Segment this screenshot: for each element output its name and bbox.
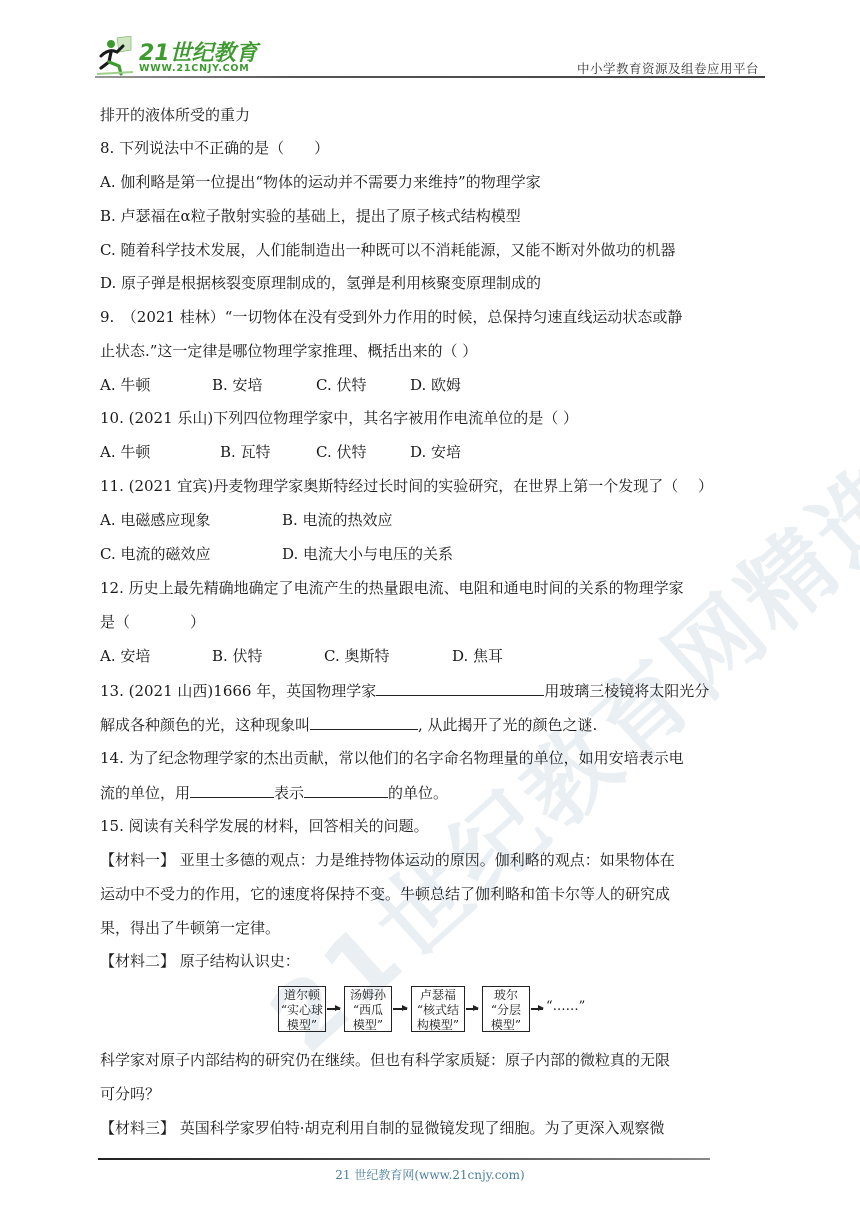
box-label: 玻尔 (483, 988, 529, 1003)
box-label: 卢瑟福 (412, 988, 464, 1003)
option-a: A. 电磁感应现象 (100, 510, 210, 530)
question-14-line-2: 流的单位，用表示的单位。 (100, 782, 448, 803)
option-b: B. 安培 (212, 375, 263, 395)
option-a: A. 牛顿 (100, 442, 150, 462)
box-label: 汤姆孙 (345, 988, 391, 1003)
box-label: 模型” (483, 1018, 529, 1033)
footer-divider (98, 1158, 710, 1160)
question-12-line-2: 是（ ） (100, 612, 205, 632)
runner-logo-icon (97, 36, 135, 76)
question-10: 10. (2021 乐山)下列四位物理学家中，其名字被用作电流单位的是（ ） (100, 408, 578, 428)
arrow-right-icon (466, 1008, 478, 1010)
material-1-line-1: 【材料一】 亚里士多德的观点：力是维持物体运动的原因。伽利略的观点：如果物体在 (100, 850, 675, 870)
box-label: “分层 (483, 1003, 529, 1018)
model-box-bohr: 玻尔 “分层 模型” (482, 986, 530, 1032)
question-13-text-b: 用玻璃三棱镜将太阳光分 (544, 682, 709, 700)
material-2-text-line-2: 可分吗？ (100, 1084, 160, 1104)
question-14-text-a: 流的单位，用 (100, 784, 190, 802)
flow-continuation: “……” (546, 999, 585, 1014)
answer-blank-name[interactable] (190, 782, 274, 798)
question-9-line-1: 9. （2021 桂林）“一切物体在没有受到外力作用的时候，总保持匀速直线运动状… (100, 307, 682, 327)
page-header: 21世纪教育 WWW.21CNJY.COM 中小学教育资源及组卷应用平台 (95, 28, 765, 80)
box-label: “核式结 (412, 1003, 464, 1018)
box-label: “西瓜 (345, 1003, 391, 1018)
option-a: A. 安培 (100, 646, 150, 666)
box-label: 模型” (279, 1018, 325, 1033)
material-3-line-1: 【材料三】 英国科学家罗伯特·胡克利用自制的显微镜发现了细胞。为了更深入观察微 (100, 1118, 665, 1138)
question-8-option-c: C. 随着科学技术发展，人们能制造出一种既可以不消耗能源，又能不断对外做功的机器 (100, 240, 675, 260)
box-label: 模型” (345, 1018, 391, 1033)
logo-url: WWW.21CNJY.COM (139, 63, 250, 74)
header-divider (95, 76, 765, 78)
answer-blank-phenomenon[interactable] (310, 714, 418, 730)
option-d: D. 欧姆 (410, 375, 461, 395)
option-c: C. 奥斯特 (324, 646, 389, 666)
question-13-text-a: 13. (2021 山西)1666 年，英国物理学家 (100, 682, 376, 700)
arrow-right-icon (393, 1008, 407, 1010)
question-12-line-1: 12. 历史上最先精确地确定了电流产生的热量跟电流、电阻和通电时间的关系的物理学… (100, 578, 684, 598)
option-b: B. 瓦特 (220, 442, 271, 462)
answer-blank-quantity[interactable] (304, 782, 388, 798)
answer-blank-scientist[interactable] (376, 680, 544, 696)
option-c: C. 伏特 (316, 375, 366, 395)
text-line: 排开的液体所受的重力 (100, 105, 250, 125)
material-2-heading: 【材料二】 原子结构认识史： (100, 951, 300, 971)
logo: 21世纪教育 WWW.21CNJY.COM (95, 28, 265, 78)
box-label: “实心球 (279, 1003, 325, 1018)
question-8-option-a: A. 伽利略是第一位提出“物体的运动并不需要力来维持”的物理学家 (100, 172, 541, 192)
box-label: 道尔顿 (279, 988, 325, 1003)
option-c: C. 伏特 (316, 442, 366, 462)
material-1-line-3: 果，得出了牛顿第一定律。 (100, 918, 280, 938)
footer-link[interactable]: 21 世纪教育网(www.21cnjy.com) (0, 1166, 860, 1183)
question-9-line-2: 止状态.”这一定律是哪位物理学家推理、概括出来的（ ） (100, 341, 477, 361)
arrow-right-icon (327, 1008, 340, 1010)
question-8-option-d: D. 原子弹是根据核裂变原理制成的，氢弹是利用核聚变原理制成的 (100, 273, 541, 293)
box-label: 构模型” (412, 1018, 464, 1033)
material-2-text-line-1: 科学家对原子内部结构的研究仍在继续。但也有科学家质疑：原子内部的微粒真的无限 (100, 1050, 670, 1070)
question-13-line-2: 解成各种颜色的光，这种现象叫, 从此揭开了光的颜色之谜. (100, 714, 597, 735)
material-1-line-2: 运动中不受力的作用，它的速度将保持不变。牛顿总结了伽利略和笛卡尔等人的研究成 (100, 884, 670, 904)
option-c: C. 电流的磁效应 (100, 544, 210, 564)
question-14-text-c: 的单位。 (388, 784, 448, 802)
option-b: B. 电流的热效应 (282, 510, 393, 530)
arrow-right-icon (531, 1008, 543, 1010)
header-tagline: 中小学教育资源及组卷应用平台 (577, 59, 759, 77)
option-a: A. 牛顿 (100, 375, 150, 395)
option-d: D. 安培 (410, 442, 461, 462)
question-11: 11. (2021 宜宾)丹麦物理学家奥斯特经过长时间的实验研究，在世界上第一个… (100, 476, 713, 496)
question-8: 8. 下列说法中不正确的是（ ） (100, 138, 329, 158)
option-d: D. 电流大小与电压的关系 (282, 544, 453, 564)
question-14-line-1: 14. 为了纪念物理学家的杰出贡献，常以他们的名字命名物理量的单位，如用安培表示… (100, 748, 684, 768)
question-8-option-b: B. 卢瑟福在α粒子散射实验的基础上，提出了原子核式结构模型 (100, 206, 521, 226)
question-14-text-b: 表示 (274, 784, 304, 802)
option-b: B. 伏特 (212, 646, 263, 666)
model-box-thomson: 汤姆孙 “西瓜 模型” (344, 986, 392, 1032)
question-13-line-1: 13. (2021 山西)1666 年，英国物理学家用玻璃三棱镜将太阳光分 (100, 680, 709, 701)
model-box-rutherford: 卢瑟福 “核式结 构模型” (411, 986, 465, 1032)
question-13-text-d: , 从此揭开了光的颜色之谜. (418, 716, 597, 734)
model-box-dalton: 道尔顿 “实心球 模型” (278, 986, 326, 1032)
option-d: D. 焦耳 (452, 646, 503, 666)
question-13-text-c: 解成各种颜色的光，这种现象叫 (100, 716, 310, 734)
question-15: 15. 阅读有关科学发展的材料，回答相关的问题。 (100, 816, 429, 836)
